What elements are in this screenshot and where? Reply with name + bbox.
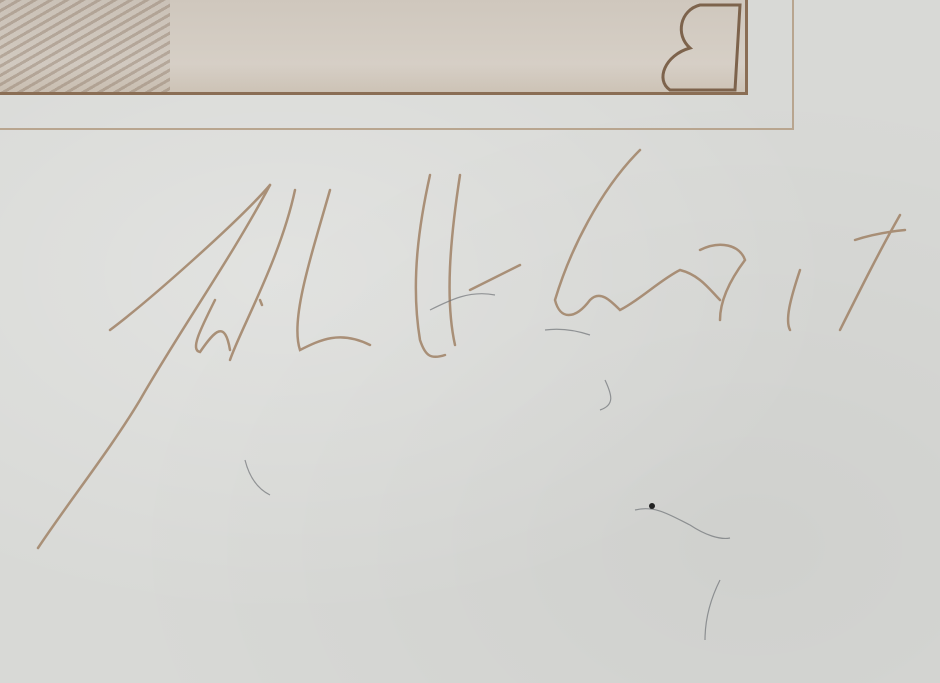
handwritten-signature: [0, 0, 940, 683]
